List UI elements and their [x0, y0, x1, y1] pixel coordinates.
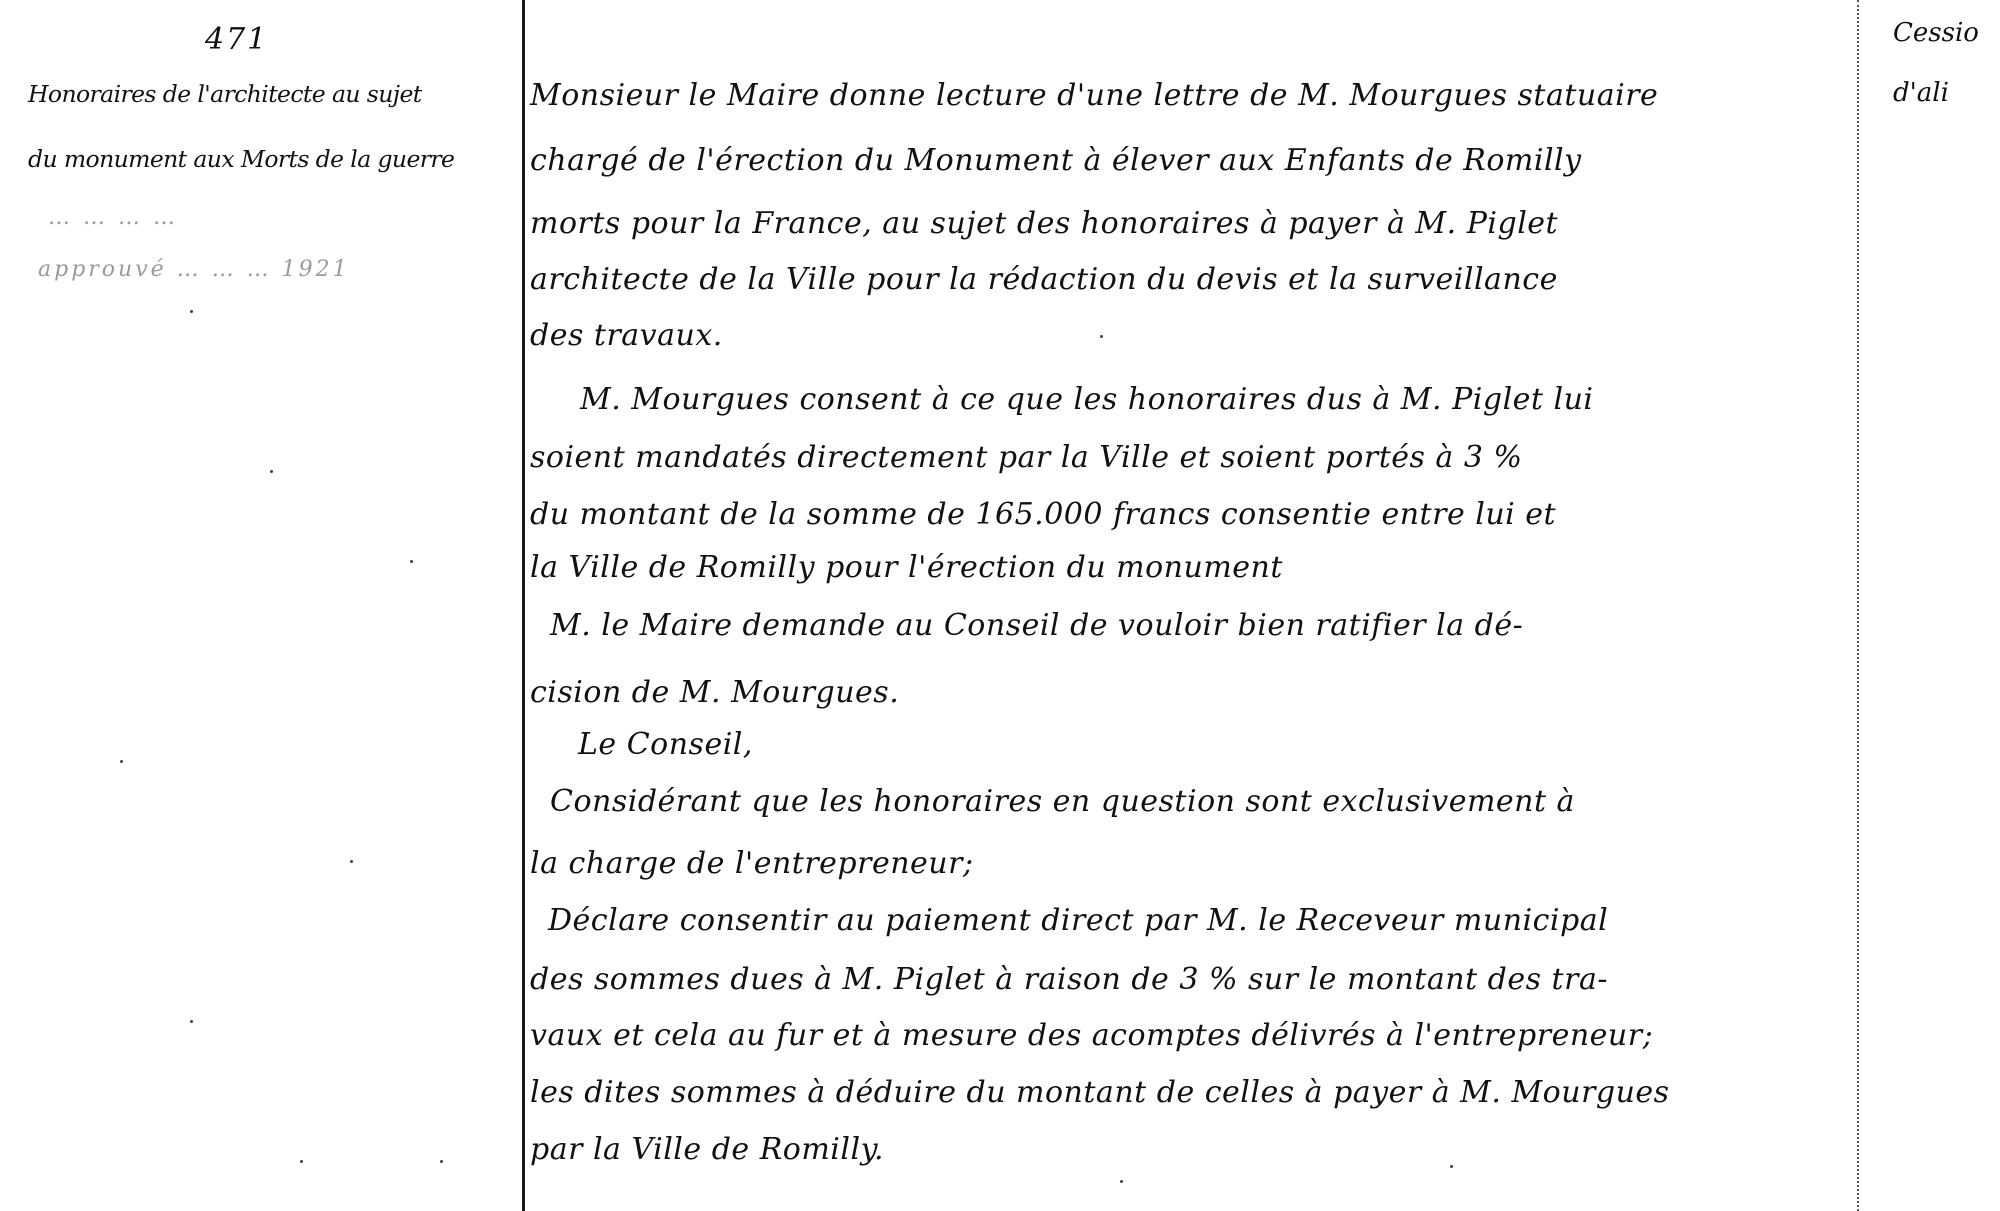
ink-speck	[270, 470, 273, 473]
right-margin-dotted-line	[1857, 0, 1859, 1211]
ink-speck	[300, 1160, 303, 1163]
ink-speck	[120, 760, 123, 763]
margin-title-line-2: du monument aux Morts de la guerre	[28, 145, 454, 173]
faded-annotation-line-1: … … … …	[48, 205, 178, 230]
body-line-5: des travaux.	[530, 318, 723, 353]
body-line-19: par la Ville de Romilly.	[530, 1132, 884, 1167]
body-line-1: Monsieur le Maire donne lecture d'une le…	[530, 78, 1658, 113]
entry-number: 471	[205, 22, 268, 57]
ink-speck	[350, 860, 353, 863]
body-line-13: Considérant que les honoraires en questi…	[550, 784, 1575, 819]
left-margin-column: 471 Honoraires de l'architecte au sujet …	[0, 0, 520, 1211]
ink-speck	[1450, 1165, 1453, 1168]
body-line-9: la Ville de Romilly pour l'érection du m…	[530, 550, 1283, 585]
right-margin-note-line-2: d'ali	[1893, 78, 1949, 108]
body-line-12: Le Conseil,	[578, 727, 753, 762]
right-margin-note-line-1: Cessio	[1893, 18, 1979, 48]
ink-speck	[1100, 335, 1103, 338]
ink-speck	[410, 560, 413, 563]
ink-speck	[1120, 1180, 1123, 1183]
register-page: 471 Honoraires de l'architecte au sujet …	[0, 0, 2000, 1211]
body-line-7: soient mandatés directement par la Ville…	[530, 440, 1522, 475]
right-margin-column: Cessio d'ali	[1885, 0, 2000, 200]
body-line-10: M. le Maire demande au Conseil de vouloi…	[550, 608, 1523, 643]
body-line-15: Déclare consentir au paiement direct par…	[548, 903, 1608, 938]
body-line-11: cision de M. Mourgues.	[530, 675, 899, 710]
body-line-4: architecte de la Ville pour la rédaction…	[530, 262, 1558, 297]
body-line-17: vaux et cela au fur et à mesure des acom…	[530, 1018, 1653, 1053]
body-line-2: chargé de l'érection du Monument à éleve…	[530, 143, 1582, 178]
ink-speck	[440, 1160, 443, 1163]
body-line-18: les dites sommes à déduire du montant de…	[530, 1075, 1670, 1110]
body-line-8: du montant de la somme de 165.000 francs…	[530, 497, 1556, 532]
body-line-14: la charge de l'entrepreneur;	[530, 846, 974, 881]
body-line-6: M. Mourgues consent à ce que les honorai…	[580, 382, 1594, 417]
faded-annotation-line-2: approuvé … … … 1921	[38, 257, 350, 282]
ink-speck	[190, 1020, 193, 1023]
ink-speck	[190, 310, 193, 313]
body-line-16: des sommes dues à M. Piglet à raison de …	[530, 962, 1608, 997]
body-line-3: morts pour la France, au sujet des honor…	[530, 206, 1558, 241]
margin-divider-line	[522, 0, 525, 1211]
margin-title-line-1: Honoraires de l'architecte au sujet	[28, 80, 422, 108]
minutes-body: Monsieur le Maire donne lecture d'une le…	[530, 0, 1852, 1211]
